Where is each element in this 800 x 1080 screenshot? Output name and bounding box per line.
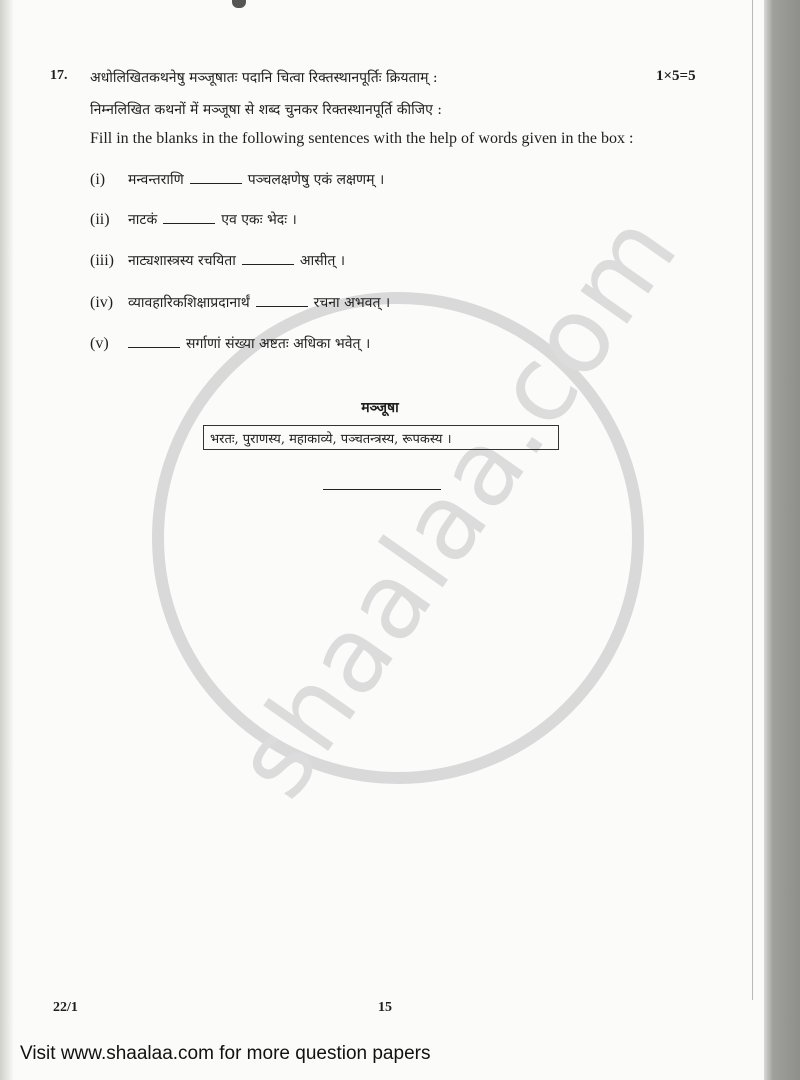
- scan-mark: [232, 0, 246, 8]
- item-text-after: आसीत् ।: [300, 251, 345, 270]
- end-of-question-rule: [323, 489, 441, 490]
- item-text-after: एव एकः भेदः ।: [221, 210, 297, 229]
- item-label: (ii): [90, 211, 128, 229]
- item-text-after: सर्गाणां संख्या अष्टतः अधिका भवेत् ।: [186, 334, 370, 353]
- fill-blank: [163, 211, 215, 224]
- item-text-after: पञ्चलक्षणेषु एकं लक्षणम् ।: [248, 170, 385, 189]
- word-box-title: मञ्जूषा: [0, 398, 760, 417]
- paper-code: 22/1: [53, 1000, 78, 1016]
- fill-blank: [190, 171, 242, 184]
- question-item: (ii) नाटकं एव एकः भेदः ।: [90, 210, 297, 229]
- item-text-after: रचना अभवत् ।: [314, 293, 391, 312]
- question-item: (iii) नाट्यशास्त्रस्य रचयिता आसीत् ।: [90, 251, 345, 270]
- instruction-hindi: निम्नलिखित कथनों में मञ्जूषा से शब्द चुन…: [90, 100, 442, 119]
- question-number: 17.: [50, 68, 68, 84]
- exam-page: shaalaa.com 17. 1×5=5 अधोलिखितकथनेषु मञ्…: [0, 0, 800, 1080]
- page-number: 15: [378, 1000, 392, 1016]
- item-label: (i): [90, 171, 128, 189]
- item-text-before: नाटकं: [128, 210, 157, 229]
- question-item: (v) सर्गाणां संख्या अष्टतः अधिका भवेत् ।: [90, 334, 370, 353]
- question-item: (i) मन्वन्तराणि पञ्चलक्षणेषु एकं लक्षणम्…: [90, 170, 384, 189]
- word-box: भरतः, पुराणस्य, महाकाव्ये, पञ्चतन्त्रस्य…: [203, 425, 559, 450]
- instruction-sanskrit: अधोलिखितकथनेषु मञ्जूषातः पदानि चित्वा रि…: [90, 68, 438, 87]
- item-label: (iii): [90, 252, 128, 270]
- page-left-edge-shadow: [0, 0, 14, 1080]
- question-marks: 1×5=5: [656, 68, 696, 85]
- item-text-before: नाट्यशास्त्रस्य रचयिता: [128, 251, 236, 270]
- visit-banner[interactable]: Visit www.shaalaa.com for more question …: [20, 1043, 430, 1065]
- fill-blank: [242, 252, 294, 265]
- question-item: (iv) व्यावहारिकशिक्षाप्रदानार्थं रचना अभ…: [90, 293, 390, 312]
- margin-rule: [752, 0, 753, 1000]
- fill-blank: [256, 294, 308, 307]
- item-text-before: मन्वन्तराणि: [128, 170, 184, 189]
- item-label: (v): [90, 335, 128, 353]
- instruction-english: Fill in the blanks in the following sent…: [90, 130, 633, 148]
- page-right-edge-shadow: [764, 0, 800, 1080]
- item-label: (iv): [90, 294, 128, 312]
- item-text-before: व्यावहारिकशिक्षाप्रदानार्थं: [128, 293, 250, 312]
- fill-blank: [128, 335, 180, 348]
